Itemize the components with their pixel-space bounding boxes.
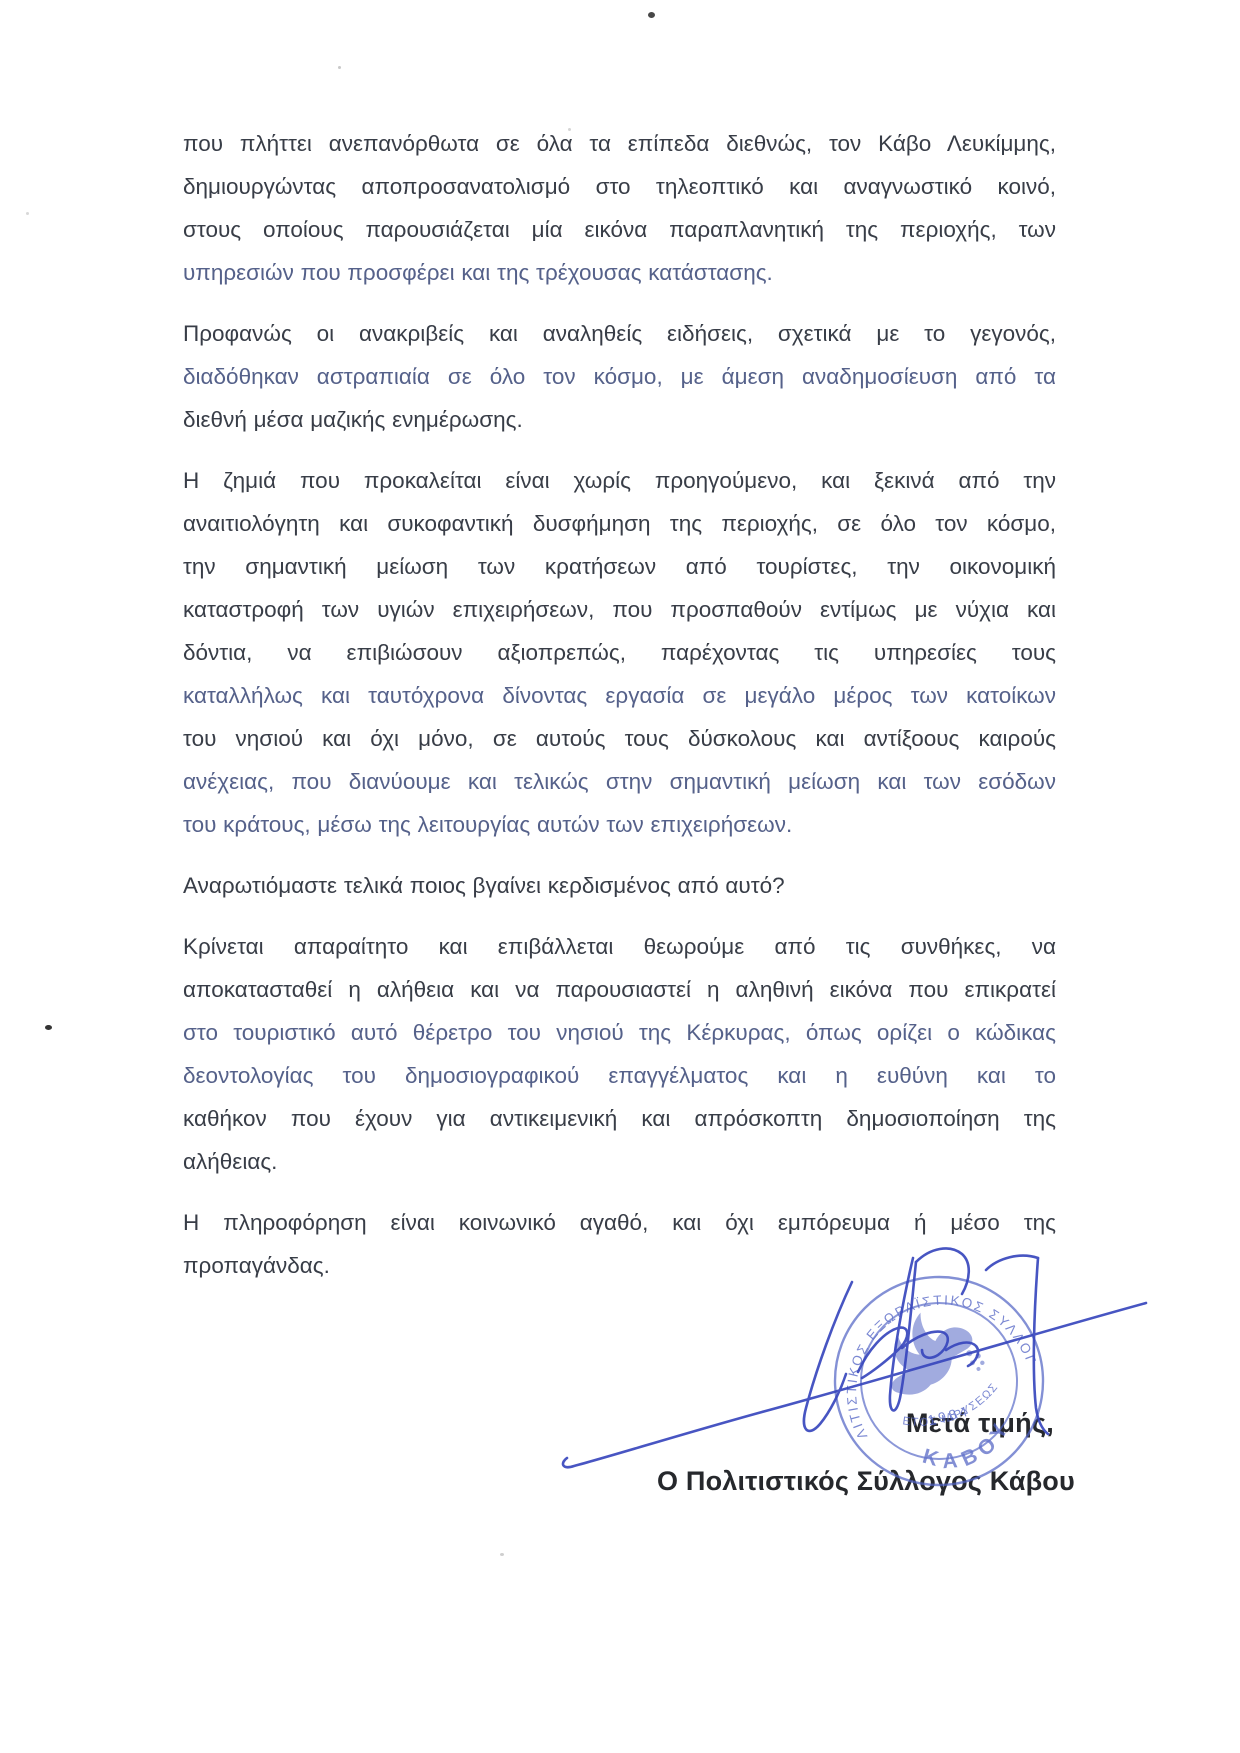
text-line: διαδόθηκαν αστραπιαία σε όλο τον κόσμο, … bbox=[183, 355, 1056, 398]
scan-speck bbox=[26, 212, 29, 215]
text-line: καθήκον που έχουν για αντικειμενική και … bbox=[183, 1097, 1056, 1140]
text-line: υπηρεσιών που προσφέρει και της τρέχουσα… bbox=[183, 251, 1056, 294]
paragraph: Η ζημιά που προκαλείται είναι χωρίς προη… bbox=[183, 459, 1056, 846]
text-line: αναιτιολόγητη και συκοφαντική δυσφήμηση … bbox=[183, 502, 1056, 545]
text-line: στο τουριστικό αυτό θέρετρο του νησιού τ… bbox=[183, 1011, 1056, 1054]
text-line: Προφανώς οι ανακριβείς και αναληθείς ειδ… bbox=[183, 312, 1056, 355]
text-line: του νησιού και όχι μόνο, σε αυτούς τους … bbox=[183, 717, 1056, 760]
text-line: διεθνή μέσα μαζικής ενημέρωσης. bbox=[183, 398, 1056, 441]
text-line: Η ζημιά που προκαλείται είναι χωρίς προη… bbox=[183, 459, 1056, 502]
text-line: Κρίνεται απαραίτητο και επιβάλλεται θεωρ… bbox=[183, 925, 1056, 968]
text-line: καταστροφή των υγιών επιχειρήσεων, που π… bbox=[183, 588, 1056, 631]
scanned-letter-page: που πλήττει ανεπανόρθωτα σε όλα τα επίπε… bbox=[0, 0, 1240, 1753]
text-line: του κράτους, μέσω της λειτουργίας αυτών … bbox=[183, 803, 1056, 846]
text-line: ανέχειας, που διανύουμε και τελικώς στην… bbox=[183, 760, 1056, 803]
scan-speck bbox=[45, 1025, 52, 1030]
text-line: αλήθειας. bbox=[183, 1140, 1056, 1183]
scan-speck bbox=[500, 1553, 504, 1556]
letter-body: που πλήττει ανεπανόρθωτα σε όλα τα επίπε… bbox=[183, 122, 1056, 1305]
text-line: δημιουργώντας αποπροσανατολισμό στο τηλε… bbox=[183, 165, 1056, 208]
text-line: αποκατασταθεί η αλήθεια και να παρουσιασ… bbox=[183, 968, 1056, 1011]
text-line: που πλήττει ανεπανόρθωτα σε όλα τα επίπε… bbox=[183, 122, 1056, 165]
paragraph: Αναρωτιόμαστε τελικά ποιος βγαίνει κερδι… bbox=[183, 864, 1056, 907]
text-line: την σημαντική μείωση των κρατήσεων από τ… bbox=[183, 545, 1056, 588]
paragraph: Κρίνεται απαραίτητο και επιβάλλεται θεωρ… bbox=[183, 925, 1056, 1183]
scan-speck bbox=[568, 128, 571, 131]
text-line: Αναρωτιόμαστε τελικά ποιος βγαίνει κερδι… bbox=[183, 864, 1056, 907]
text-line: καταλλήλως και ταυτόχρονα δίνοντας εργασ… bbox=[183, 674, 1056, 717]
scan-speck bbox=[648, 12, 655, 18]
text-line: στους οποίους παρουσιάζεται μία εικόνα π… bbox=[183, 208, 1056, 251]
paragraph: που πλήττει ανεπανόρθωτα σε όλα τα επίπε… bbox=[183, 122, 1056, 294]
text-line: Η πληροφόρηση είναι κοινωνικό αγαθό, και… bbox=[183, 1201, 1056, 1244]
paragraph: Προφανώς οι ανακριβείς και αναληθείς ειδ… bbox=[183, 312, 1056, 441]
text-line: δεοντολογίας του δημοσιογραφικού επαγγέλ… bbox=[183, 1054, 1056, 1097]
scan-speck bbox=[338, 66, 341, 69]
text-line: δόντια, να επιβιώσουν αξιοπρεπώς, παρέχο… bbox=[183, 631, 1056, 674]
